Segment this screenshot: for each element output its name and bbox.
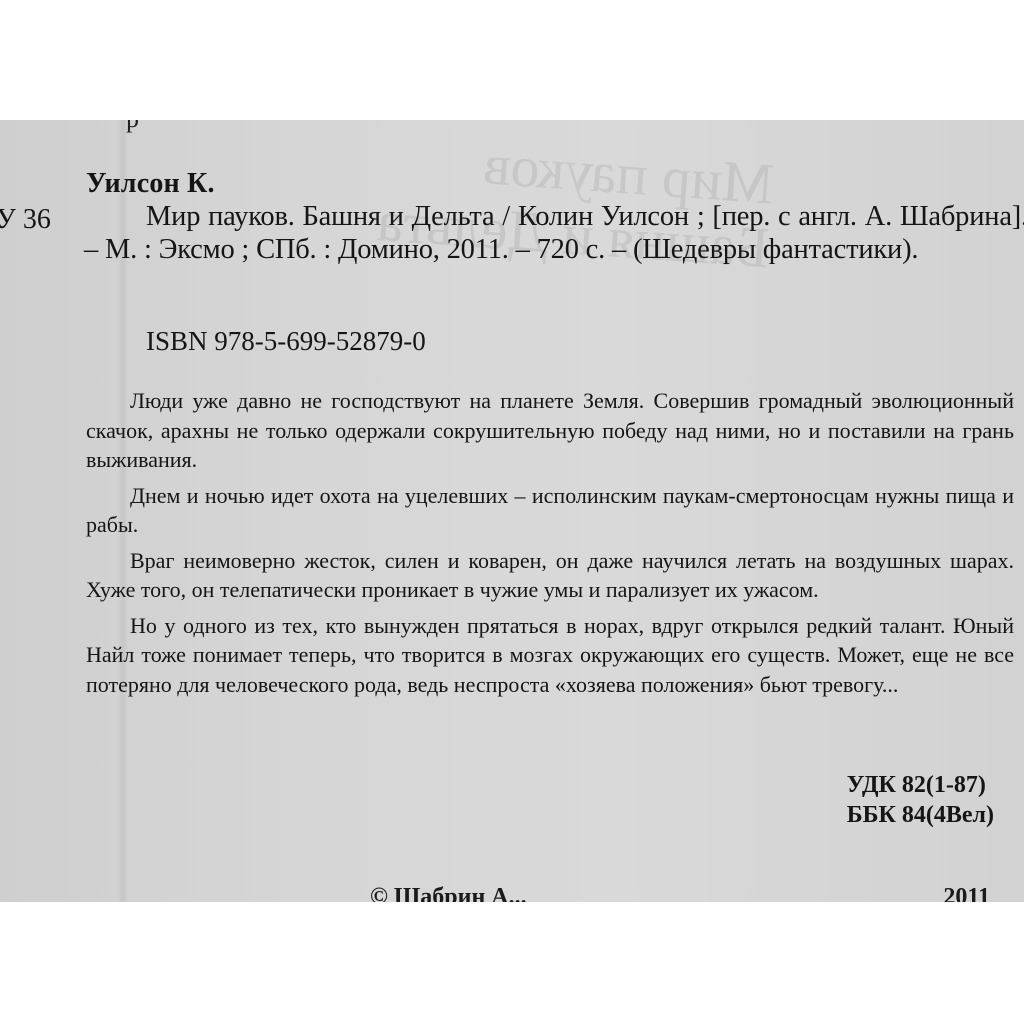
- annotation: Люди уже давно не господствуют на планет…: [86, 386, 1014, 705]
- annotation-paragraph: Враг неимоверно жесток, силен и коварен,…: [86, 546, 1014, 605]
- classification-codes: УДК 82(1-87) ББК 84(4Вел): [847, 770, 994, 830]
- bbk-code: ББК 84(4Вел): [847, 800, 994, 830]
- book-page: Мир пауков Башня и Дельта р Уилсон К. У …: [0, 120, 1024, 902]
- copyright-year: 2011: [943, 884, 990, 902]
- author-heading: Уилсон К.: [86, 168, 215, 200]
- isbn: ISBN 978-5-699-52879-0: [146, 326, 426, 357]
- annotation-paragraph: Но у одного из тех, кто вынужден прятать…: [86, 611, 1014, 700]
- bibliographic-record: Мир пауков. Башня и Дельта / Колин Уилсо…: [84, 200, 1024, 266]
- copyright-text: © Шабрин А...: [370, 884, 527, 902]
- annotation-paragraph: Днем и ночью идет охота на уцелевших – и…: [86, 481, 1014, 540]
- library-code: У 36: [0, 204, 51, 236]
- annotation-paragraph: Люди уже давно не господствуют на планет…: [86, 386, 1014, 475]
- cut-off-text-fragment: р: [126, 120, 139, 134]
- udk-code: УДК 82(1-87): [847, 770, 994, 800]
- copyright-line: © Шабрин А... 2011: [370, 884, 1010, 902]
